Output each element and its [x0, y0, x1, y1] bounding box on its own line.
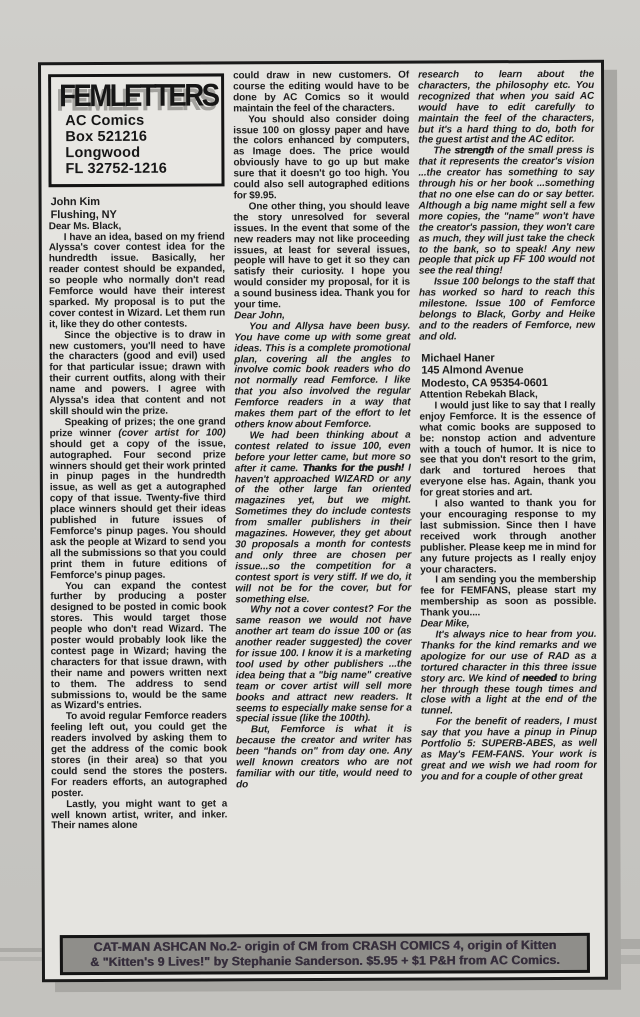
paragraph-text: The	[433, 146, 454, 157]
reply-paragraph: The strength of the small press is that …	[418, 146, 595, 278]
paragraph-text: of the small press is that it represents…	[418, 145, 594, 277]
letter-paragraph-continued: could draw in new customers. Of course t…	[233, 71, 409, 115]
femletters-logo: FEMLETTERS	[59, 79, 218, 113]
letter-paragraph: I would just like to say that I really e…	[419, 401, 595, 500]
italic-phrase: (cover artist for 100)	[118, 427, 225, 438]
address-line: FL 32752-1216	[65, 160, 215, 177]
emphasized-phrase: strength	[454, 146, 493, 157]
letter-paragraph: Speaking of prizes; the one grand prize …	[50, 417, 227, 581]
writer-name: Michael Haner	[421, 351, 595, 365]
letter-paragraph: You should also consider doing issue 100…	[233, 114, 409, 202]
writer-address: 145 Almond Avenue	[421, 364, 595, 378]
paragraph-text: should get a copy of the issue, autograp…	[50, 438, 227, 581]
emphasized-phrase: Thanks for the push!	[302, 462, 404, 473]
reply-paragraph: We had been thinking about a contest rel…	[235, 431, 412, 606]
letter-writer-block: John Kim Flushing, NY	[51, 195, 225, 221]
letter-paragraph: You can expand the contest further by pr…	[50, 581, 227, 713]
masthead-box: FEMLETTERS AC Comics Box 521216 Longwood…	[48, 73, 224, 187]
scan-artifact-strip	[0, 957, 43, 961]
letter-paragraph: I have an idea, based on my friend Alyss…	[49, 232, 225, 331]
writer-name: John Kim	[51, 195, 225, 209]
text-columns: FEMLETTERS AC Comics Box 521216 Longwood…	[48, 70, 598, 935]
column-1: FEMLETTERS AC Comics Box 521216 Longwood…	[48, 71, 228, 935]
promo-banner: CAT-MAN ASHCAN No.2- origin of CM from C…	[60, 933, 590, 975]
emphasized-phrase: needed	[522, 673, 556, 684]
reply-paragraph: It's always nice to hear from you. Thank…	[420, 630, 596, 718]
column-2: could draw in new customers. Of course t…	[233, 71, 413, 935]
scan-artifact-strip	[617, 955, 640, 964]
scan-artifact-strip	[617, 939, 640, 949]
address-line: Box 521216	[65, 128, 215, 145]
promo-banner-line: & "Kitten's 9 Lives!" by Stephanie Sande…	[66, 953, 584, 970]
letter-paragraph: Since the objective is to draw in new cu…	[49, 330, 225, 418]
reply-paragraph-continued: research to learn about the characters, …	[418, 70, 594, 147]
reply-paragraph: You and Allysa have been busy. You have …	[234, 321, 410, 431]
reply-paragraph: But, Femforce is what it is because the …	[236, 725, 412, 791]
reply-paragraph: Issue 100 belongs to the staff that has …	[419, 277, 595, 343]
letter-paragraph: I am sending you the membership fee for …	[420, 575, 596, 619]
reply-paragraph: For the benefit of readers, I must say t…	[421, 717, 597, 783]
reply-paragraph: Why not a cover contest? For the same re…	[235, 605, 412, 726]
scan-artifact-strip	[0, 948, 43, 952]
letter-paragraph: I also wanted to thank you for your enco…	[420, 499, 596, 576]
column-3: research to learn about the characters, …	[418, 70, 598, 934]
masthead-address: AC Comics Box 521216 Longwood FL 32752-1…	[65, 112, 215, 177]
letter-paragraph: To avoid regular Femforce readers feelin…	[51, 712, 227, 800]
letter-writer-block: Michael Haner 145 Almond Avenue Modesto,…	[421, 351, 595, 390]
letter-paragraph: Lastly, you might want to get a well kno…	[51, 799, 227, 832]
letter-paragraph: One other thing, you should leave the st…	[234, 201, 410, 311]
address-line: AC Comics	[65, 112, 215, 129]
writer-city: Flushing, NY	[51, 208, 225, 222]
paragraph-text: I haven't approached WIZARD or any of th…	[235, 462, 412, 605]
letters-page: FEMLETTERS AC Comics Box 521216 Longwood…	[38, 60, 608, 982]
address-line: Longwood	[65, 144, 215, 161]
